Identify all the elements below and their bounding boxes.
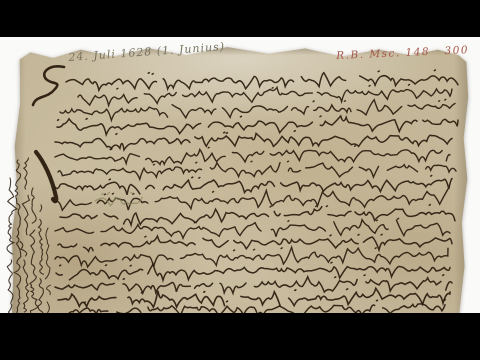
handwriting-stroke	[66, 70, 458, 90]
handwriting-ink	[0, 37, 480, 313]
handwriting-stroke	[55, 176, 452, 195]
handwriting-stroke	[55, 218, 450, 238]
handwriting-stroke	[58, 161, 456, 179]
handwriting-stroke	[45, 228, 50, 313]
handwriting-stroke	[55, 131, 452, 150]
handwriting-stroke	[36, 152, 56, 201]
handwriting-stroke	[38, 205, 43, 313]
handwriting-stroke	[58, 288, 450, 307]
video-frame: 24. Juli 1628 (1. Junius) R.B. Msc. 148 …	[0, 0, 480, 360]
handwriting-stroke	[7, 178, 17, 313]
handwriting-stroke	[55, 275, 452, 293]
handwriting-stroke	[20, 158, 29, 312]
handwriting-stroke	[60, 99, 455, 120]
photo-area: 24. Juli 1628 (1. Junius) R.B. Msc. 148 …	[0, 37, 480, 313]
letterbox-top-bar	[0, 0, 480, 37]
handwriting-stroke	[57, 116, 458, 135]
letterbox-bottom-bar	[0, 313, 480, 360]
handwriting-stroke	[30, 188, 38, 313]
handwriting-stroke	[56, 262, 450, 280]
handwriting-stroke	[64, 300, 445, 313]
handwriting-stroke	[14, 160, 20, 313]
handwriting-stroke	[55, 247, 448, 267]
handwriting-stroke	[33, 66, 64, 105]
